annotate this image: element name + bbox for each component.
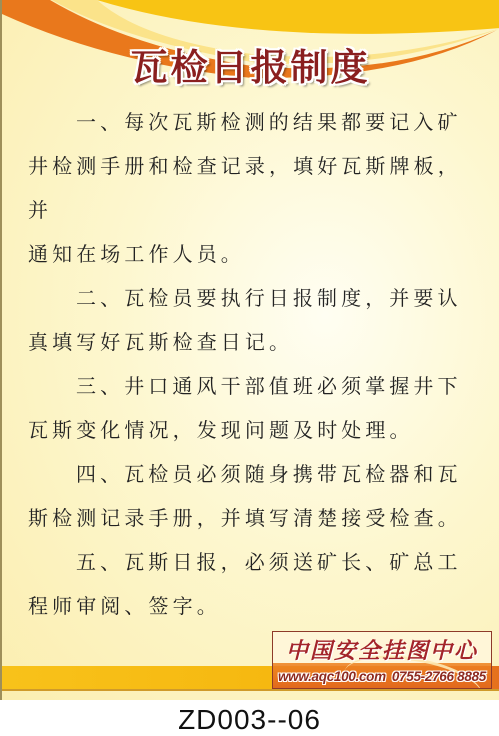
regulation-item-1: 一、每次瓦斯检测的结果都要记入矿 井检测手册和检查记录，填好瓦斯牌板，并 通知在…	[28, 100, 480, 276]
safety-poster: 瓦检日报制度 一、每次瓦斯检测的结果都要记入矿 井检测手册和检查记录，填好瓦斯牌…	[0, 0, 499, 700]
publisher-name: 中国安全挂图中心	[273, 634, 491, 665]
item-3-line-1: 三、井口通风干部值班必须掌握井下	[28, 364, 480, 408]
regulation-item-2: 二、瓦检员要执行日报制度，并要认 真填写好瓦斯检查日记。	[28, 276, 480, 364]
item-1-line-3: 通知在场工作人员。	[28, 232, 480, 276]
poster-title: 瓦检日报制度	[2, 37, 499, 91]
regulation-text: 一、每次瓦斯检测的结果都要记入矿 井检测手册和检查记录，填好瓦斯牌板，并 通知在…	[28, 100, 480, 628]
item-1-line-1: 一、每次瓦斯检测的结果都要记入矿	[28, 100, 480, 144]
item-4-line-2: 斯检测记录手册，并填写清楚接受检查。	[28, 496, 480, 540]
item-3-line-2: 瓦斯变化情况，发现问题及时处理。	[28, 408, 480, 452]
item-5-line-2: 程师审阅、签字。	[28, 584, 480, 628]
footer-divider	[2, 689, 499, 691]
item-5-line-1: 五、瓦斯日报，必须送矿长、矿总工	[28, 540, 480, 584]
item-4-line-1: 四、瓦检员必须随身携带瓦检器和瓦	[28, 452, 480, 496]
regulation-item-4: 四、瓦检员必须随身携带瓦检器和瓦 斯检测记录手册，并填写清楚接受检查。	[28, 452, 480, 540]
item-2-line-1: 二、瓦检员要执行日报制度，并要认	[28, 276, 480, 320]
item-2-line-2: 真填写好瓦斯检查日记。	[28, 320, 480, 364]
publisher-contact: www.aqc100.com0755-2766 8885	[273, 669, 491, 684]
publisher-logo: 中国安全挂图中心 www.aqc100.com0755-2766 8885	[272, 631, 492, 689]
publisher-website: www.aqc100.com	[278, 669, 386, 684]
item-1-line-2: 井检测手册和检查记录，填好瓦斯牌板，并	[28, 144, 480, 232]
product-code: ZD003--06	[0, 704, 499, 736]
regulation-item-5: 五、瓦斯日报，必须送矿长、矿总工 程师审阅、签字。	[28, 540, 480, 628]
regulation-item-3: 三、井口通风干部值班必须掌握井下 瓦斯变化情况，发现问题及时处理。	[28, 364, 480, 452]
publisher-phone: 0755-2766 8885	[392, 669, 486, 684]
